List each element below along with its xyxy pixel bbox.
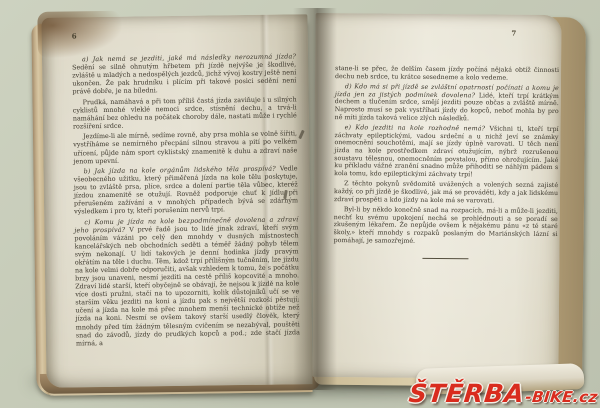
paragraph-body: Byl-li by někdo konečně snad na rozpacíc… [334,206,558,244]
paragraph-body: Z těchto pokynů svědomitě uvážených a vo… [334,181,558,205]
paragraph: Z těchto pokynů svědomitě uvážených a vo… [334,180,558,205]
paragraph-e: e) Kdo jezditi na kole rozhodně nemá? Vš… [334,124,558,180]
watermark: ŠTĚRBA -BIKE.cz [407,379,599,408]
paragraph-b: b) Jak jízda na kole orgánům lidského tě… [74,164,299,215]
paragraph-c: c) Komu je jízda na kole bezpodmínečně d… [74,215,300,347]
page-number-left: 6 [72,31,77,40]
corner-stain [37,11,122,58]
paragraph-c-body: V prvé řadě jsou to lidé jinak zdraví, k… [74,223,299,347]
left-page: 6 a) Jak nemá se jezditi, jaké má násled… [41,14,312,388]
page-number-right: 7 [511,29,516,38]
paragraph-d: d) Kdo má si při jízdě se zvláštní opatr… [335,83,559,123]
paragraph: Prudká, namáhavá a při tom příliš častá … [73,95,297,130]
section-divider [422,258,468,259]
left-page-text: a) Jak nemá se jezditi, jaké má následky… [72,52,300,349]
watermark-sterba-text: ŠTĚRBA [407,379,526,408]
paragraph: Byl-li by někdo konečně snad na rozpacíc… [334,206,558,246]
right-page: 7 stane-li se přec, že delším časem jízd… [312,13,561,379]
open-book: 6 a) Jak nemá se jezditi, jaké má násled… [0,0,600,408]
paragraph-body: Prudká, namáhavá a při tom příliš častá … [73,95,297,130]
paragraph-e-body: Všichni ti, kteří trpí záchvaty epilepti… [334,125,558,178]
paragraph-body: Jezdíme-li ale mírně, sedíme rovně, aby … [73,130,297,165]
book-photo: 6 a) Jak nemá se jezditi, jaké má násled… [0,0,600,408]
paragraph: stane-li se přec, že delším časem jízdy … [335,65,559,82]
right-page-text: stane-li se přec, že delším časem jízdy … [333,65,559,260]
paragraph-body: stane-li se přec, že delším časem jízdy … [335,65,559,81]
paragraph: Jezdíme-li ale mírně, sedíme rovně, aby … [73,130,297,165]
paragraph-a: a) Jak nemá se jezditi, jaké má následky… [72,52,297,95]
paragraph-a-body: Sedění se silně ohnutým hřbetem při jízd… [72,60,296,95]
watermark-bike-text: -BIKE.cz [524,388,598,406]
